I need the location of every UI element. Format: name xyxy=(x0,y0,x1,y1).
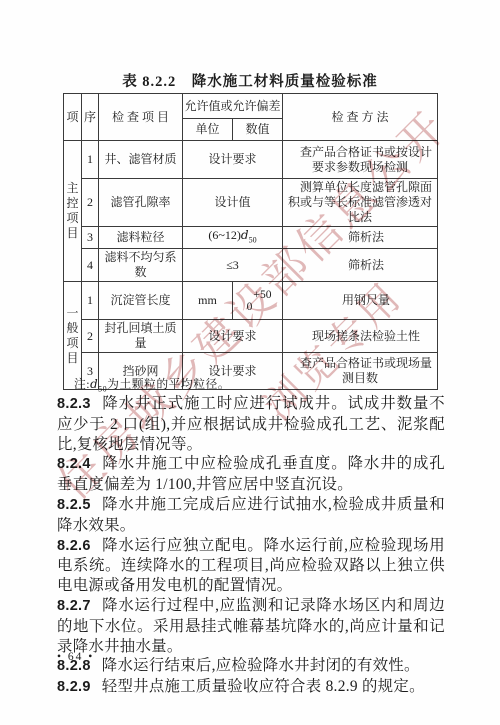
cell-method: 筛析法 xyxy=(283,249,438,282)
cell-check-item: 沉淀管长度 xyxy=(99,282,183,320)
col-header-unit: 单位 xyxy=(183,119,233,141)
section-8-2-6: 8.2.6降水运行应独立配电。降水运行前,应检验现场用电系统。连续降水的工程项目… xyxy=(57,536,445,596)
cell-allow-value: 设计要求 xyxy=(183,320,283,353)
table-note: 注:d50为土颗粒的平均粒径。 xyxy=(74,375,230,393)
cell-method: 查产品合格证书或按设计要求参数现场检测 xyxy=(283,141,438,179)
particle-size-symbol: d xyxy=(90,377,98,391)
allow-value-expression: (6~12) xyxy=(208,228,240,242)
cell-method: 测算单位长度滤管孔隙面积或与等长标准滤管渗透对比法 xyxy=(283,179,438,227)
col-header-method: 检 查 方 法 xyxy=(283,94,438,141)
section-8-2-5: 8.2.5降水井施工完成后应进行试抽水,检验成井质量和降水效果。 xyxy=(57,495,445,536)
table-row: 2 封孔回填土质量 设计要求 现场搓条法检验土性 xyxy=(64,320,438,353)
section-text: 降水运行应独立配电。降水运行前,应检验现场用电系统。连续降水的工程项目,尚应检验… xyxy=(57,537,445,595)
section-number: 8.2.7 xyxy=(57,598,91,614)
cell-seq: 4 xyxy=(82,249,99,282)
section-number: 8.2.3 xyxy=(57,396,91,412)
cell-method: 查产品合格证书或现场量测目数 xyxy=(283,353,438,390)
section-text: 降水井施工完成后应进行试抽水,检验成井质量和降水效果。 xyxy=(57,496,445,534)
body-sections: 8.2.3降水井正式施工时应进行试成井。试成井数量不应少于 2 口(组),并应根… xyxy=(57,394,445,698)
section-8-2-4: 8.2.4降水井施工中应检验成孔垂直度。降水井的成孔垂直度偏差为 1/100,井… xyxy=(57,454,445,495)
section-number: 8.2.9 xyxy=(57,679,91,695)
cell-method: 现场搓条法检验土性 xyxy=(283,320,438,353)
section-8-2-9: 8.2.9轻型井点施工质量验收应符合表 8.2.9 的规定。 xyxy=(57,677,445,698)
particle-size-subscript: 50 xyxy=(249,235,257,244)
cell-tolerance: +500 xyxy=(233,282,283,320)
section-number: 8.2.4 xyxy=(57,456,91,472)
cell-check-item: 封孔回填土质量 xyxy=(99,320,183,353)
col-header-value: 数值 xyxy=(233,119,283,141)
cell-allow-value: ≤3 xyxy=(183,249,283,282)
document-page: 表 8.2.2 降水施工材料质量检验标准 项 序 检 查 项 目 允许值或允许偏… xyxy=(0,0,500,725)
cell-method: 筛析法 xyxy=(283,227,438,249)
tolerance-upper: +50 xyxy=(234,289,281,301)
section-text: 降水井正式施工时应进行试成井。试成井数量不应少于 2 口(组),并应根据试成井检… xyxy=(57,395,445,453)
note-text: 为土颗粒的平均粒径。 xyxy=(107,377,230,391)
cell-check-item: 滤管孔隙率 xyxy=(99,179,183,227)
cell-seq: 2 xyxy=(82,320,99,353)
section-8-2-7: 8.2.7降水运行过程中,应监测和记录降水场区内和周边的地下水位。采用悬挂式帷幕… xyxy=(57,596,445,656)
group-label-main-control: 主控项目 xyxy=(64,141,82,282)
col-header-check-item: 检 查 项 目 xyxy=(99,94,183,141)
cell-seq: 1 xyxy=(82,141,99,179)
particle-size-subscript: 50 xyxy=(98,384,107,393)
cell-seq: 3 xyxy=(82,227,99,249)
section-text: 轻型井点施工质量验收应符合表 8.2.9 的规定。 xyxy=(102,678,425,695)
inspection-standards-table: 项 序 检 查 项 目 允许值或允许偏差 检 查 方 法 单位 数值 主控项目 … xyxy=(63,93,438,390)
table-row: 4 滤料不均匀系数 ≤3 筛析法 xyxy=(64,249,438,282)
cell-check-item: 井、滤管材质 xyxy=(99,141,183,179)
cell-allow-value: (6~12)d50 xyxy=(183,227,283,249)
note-prefix: 注: xyxy=(74,377,90,391)
cell-seq: 1 xyxy=(82,282,99,320)
section-text: 降水运行结束后,应检验降水井封闭的有效性。 xyxy=(102,657,420,674)
table-row: 3 滤料粒径 (6~12)d50 筛析法 xyxy=(64,227,438,249)
table-caption: 表 8.2.2 降水施工材料质量检验标准 xyxy=(0,70,500,91)
col-header-item: 项 xyxy=(64,94,82,141)
cell-seq: 2 xyxy=(82,179,99,227)
cell-allow-value: 设计值 xyxy=(183,179,283,227)
col-header-allow: 允许值或允许偏差 xyxy=(183,94,283,119)
cell-check-item: 滤料不均匀系数 xyxy=(99,249,183,282)
page-number: • 64 • xyxy=(57,651,94,663)
col-header-seq: 序 xyxy=(82,94,99,141)
section-number: 8.2.5 xyxy=(57,497,91,513)
particle-size-symbol: d xyxy=(241,228,249,242)
section-text: 降水井施工中应检验成孔垂直度。降水井的成孔垂直度偏差为 1/100,井管应居中竖… xyxy=(57,455,445,493)
cell-method: 用钢尺量 xyxy=(283,282,438,320)
section-number: 8.2.6 xyxy=(57,538,91,554)
tolerance-lower: 0 xyxy=(234,301,281,313)
group-label-general: 一般项目 xyxy=(64,282,82,390)
cell-check-item: 滤料粒径 xyxy=(99,227,183,249)
tolerance-stack: +500 xyxy=(234,289,281,313)
table-row: 一般项目 1 沉淀管长度 mm +500 用钢尺量 xyxy=(64,282,438,320)
section-8-2-8: 8.2.8降水运行结束后,应检验降水井封闭的有效性。 xyxy=(57,656,445,677)
table-row: 主控项目 1 井、滤管材质 设计要求 查产品合格证书或按设计要求参数现场检测 xyxy=(64,141,438,179)
cell-allow-value: 设计要求 xyxy=(183,141,283,179)
section-8-2-3: 8.2.3降水井正式施工时应进行试成井。试成井数量不应少于 2 口(组),并应根… xyxy=(57,394,445,454)
header-row-1: 项 序 检 查 项 目 允许值或允许偏差 检 查 方 法 xyxy=(64,94,438,119)
section-text: 降水运行过程中,应监测和记录降水场区内和周边的地下水位。采用悬挂式帷幕基坑降水的… xyxy=(57,597,445,655)
table-row: 2 滤管孔隙率 设计值 测算单位长度滤管孔隙面积或与等长标准滤管渗透对比法 xyxy=(64,179,438,227)
cell-unit: mm xyxy=(183,282,233,320)
